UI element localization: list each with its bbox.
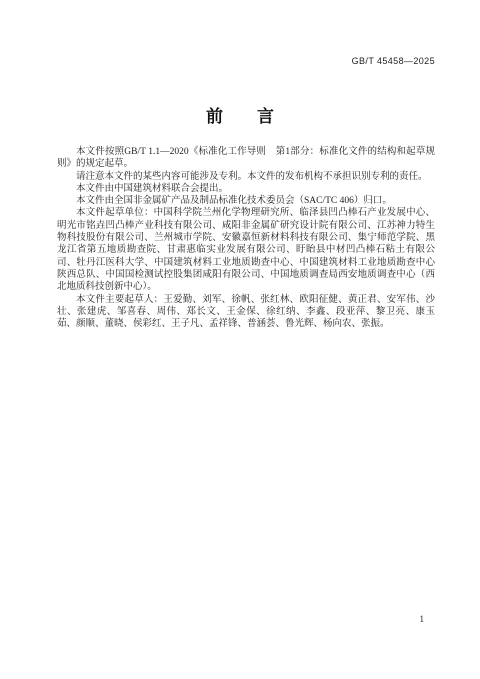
foreword-body: 本文件按照GB/T 1.1—2020《标准化工作导则 第1部分：标准化文件的结构… (57, 146, 435, 330)
page-title: 前 言 (0, 102, 480, 127)
document-page: { "page": { "doc_code": "GB/T 45458—2025… (0, 0, 480, 679)
foreword-paragraph: 本文件按照GB/T 1.1—2020《标准化工作导则 第1部分：标准化文件的结构… (57, 146, 435, 171)
foreword-paragraph: 本文件由中国建筑材料联合会提出。 (57, 183, 435, 195)
foreword-paragraph: 本文件由全国非金属矿产品及制品标准化技术委员会（SAC/TC 406）归口。 (57, 195, 435, 207)
page-number: 1 (420, 614, 425, 624)
standard-code: GB/T 45458—2025 (352, 56, 435, 66)
foreword-paragraph: 本文件起草单位：中国科学院兰州化学物理研究所、临泽县凹凸棒石产业发展中心、明光市… (57, 207, 435, 293)
foreword-paragraph: 本文件主要起草人：王爱勤、刘军、徐帆、张红林、欧阳征健、黄正君、安军伟、沙壮、张… (57, 294, 435, 331)
foreword-paragraph: 请注意本文件的某些内容可能涉及专利。本文件的发布机构不承担识别专利的责任。 (57, 171, 435, 183)
